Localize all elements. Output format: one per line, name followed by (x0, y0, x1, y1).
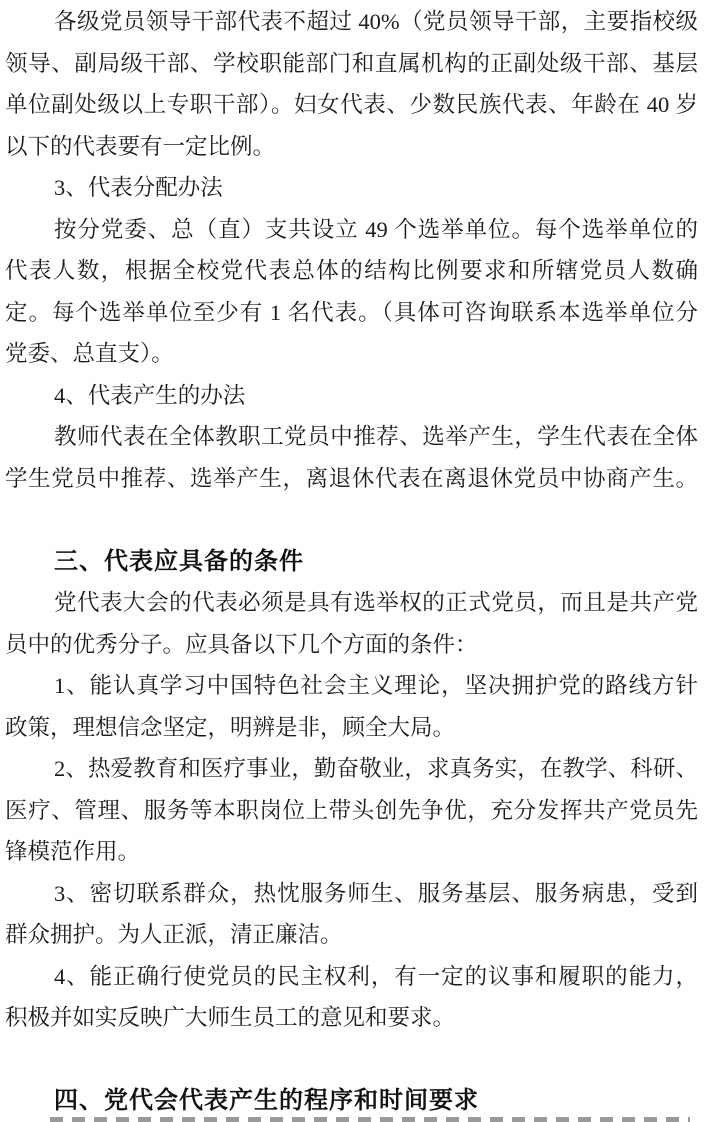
text-line: 4、代表产生的办法 (5, 375, 698, 417)
text-line: 群众拥护。为人正派，清正廉洁。 (5, 914, 698, 956)
section-heading: 三、代表应具备的条件 (5, 541, 698, 583)
text-line: 三、代表应具备的条件 (5, 541, 698, 583)
paragraph: 4、能正确行使党员的民主权利，有一定的议事和履职的能力，积极并如实反映广大师生员… (5, 956, 698, 1039)
text-line: 学生党员中推荐、选举产生，离退休代表在离退休党员中协商产生。 (5, 458, 698, 500)
text-line: 1、能认真学习中国特色社会主义理论，坚决拥护党的路线方针 (5, 665, 698, 707)
paragraph: 2、热爱教育和医疗事业，勤奋敬业，求真务实，在教学、科研、医疗、管理、服务等本职… (5, 748, 698, 873)
text-line: 教师代表在全体教职工党员中推荐、选举产生，学生代表在全体 (5, 416, 698, 458)
text-line: 以下的代表要有一定比例。 (5, 126, 698, 168)
text-line: 3、代表分配办法 (5, 167, 698, 209)
paragraph: 3、代表分配办法 (5, 167, 698, 209)
paragraph: 按分党委、总（直）支共设立 49 个选举单位。每个选举单位的代表人数，根据全校党… (5, 209, 698, 375)
paragraph: 教师代表在全体教职工党员中推荐、选举产生，学生代表在全体学生党员中推荐、选举产生… (5, 416, 698, 499)
text-line: 党代表大会的代表必须是具有选举权的正式党员，而且是共产党 (5, 582, 698, 624)
text-line: 政策，理想信念坚定，明辨是非，顾全大局。 (5, 707, 698, 749)
text-line: 员中的优秀分子。应具备以下几个方面的条件： (5, 624, 698, 666)
text-line: 单位副处级以上专职干部）。妇女代表、少数民族代表、年龄在 40 岁 (5, 84, 698, 126)
text-line: 积极并如实反映广大师生员工的意见和要求。 (5, 997, 698, 1039)
text-line: 2、热爱教育和医疗事业，勤奋敬业，求真务实，在教学、科研、 (5, 748, 698, 790)
text-line: 代表人数，根据全校党代表总体的结构比例要求和所辖党员人数确 (5, 250, 698, 292)
paragraph: 3、密切联系群众，热忱服务师生、服务基层、服务病患，受到群众拥护。为人正派，清正… (5, 873, 698, 956)
text-line: 3、密切联系群众，热忱服务师生、服务基层、服务病患，受到 (5, 873, 698, 915)
paragraph: 党代表大会的代表必须是具有选举权的正式党员，而且是共产党员中的优秀分子。应具备以… (5, 582, 698, 665)
text-line: 锋模范作用。 (5, 831, 698, 873)
text-line: 定。每个选举单位至少有 1 名代表。（具体可咨询联系本选举单位分 (5, 292, 698, 334)
blank-line (5, 1039, 698, 1081)
text-line: 领导、副局级干部、学校职能部门和直属机构的正副处级干部、基层 (5, 43, 698, 85)
document-body: 各级党员领导干部代表不超过 40%（党员领导干部，主要指校级领导、副局级干部、学… (5, 1, 698, 1122)
section-heading: 四、党代会代表产生的程序和时间要求 (5, 1080, 698, 1122)
text-line: 各级党员领导干部代表不超过 40%（党员领导干部，主要指校级 (5, 1, 698, 43)
text-line: 按分党委、总（直）支共设立 49 个选举单位。每个选举单位的 (5, 209, 698, 251)
text-line: 4、能正确行使党员的民主权利，有一定的议事和履职的能力， (5, 956, 698, 998)
cutoff-text-line (50, 1117, 690, 1122)
text-line: 党委、总直支）。 (5, 333, 698, 375)
paragraph: 各级党员领导干部代表不超过 40%（党员领导干部，主要指校级领导、副局级干部、学… (5, 1, 698, 167)
paragraph: 1、能认真学习中国特色社会主义理论，坚决拥护党的路线方针政策，理想信念坚定，明辨… (5, 665, 698, 748)
paragraph: 4、代表产生的办法 (5, 375, 698, 417)
text-line: 四、党代会代表产生的程序和时间要求 (5, 1080, 698, 1122)
text-line: 医疗、管理、服务等本职岗位上带头创先争优，充分发挥共产党员先 (5, 790, 698, 832)
document-page: 各级党员领导干部代表不超过 40%（党员领导干部，主要指校级领导、副局级干部、学… (0, 0, 704, 1122)
blank-line (5, 499, 698, 541)
